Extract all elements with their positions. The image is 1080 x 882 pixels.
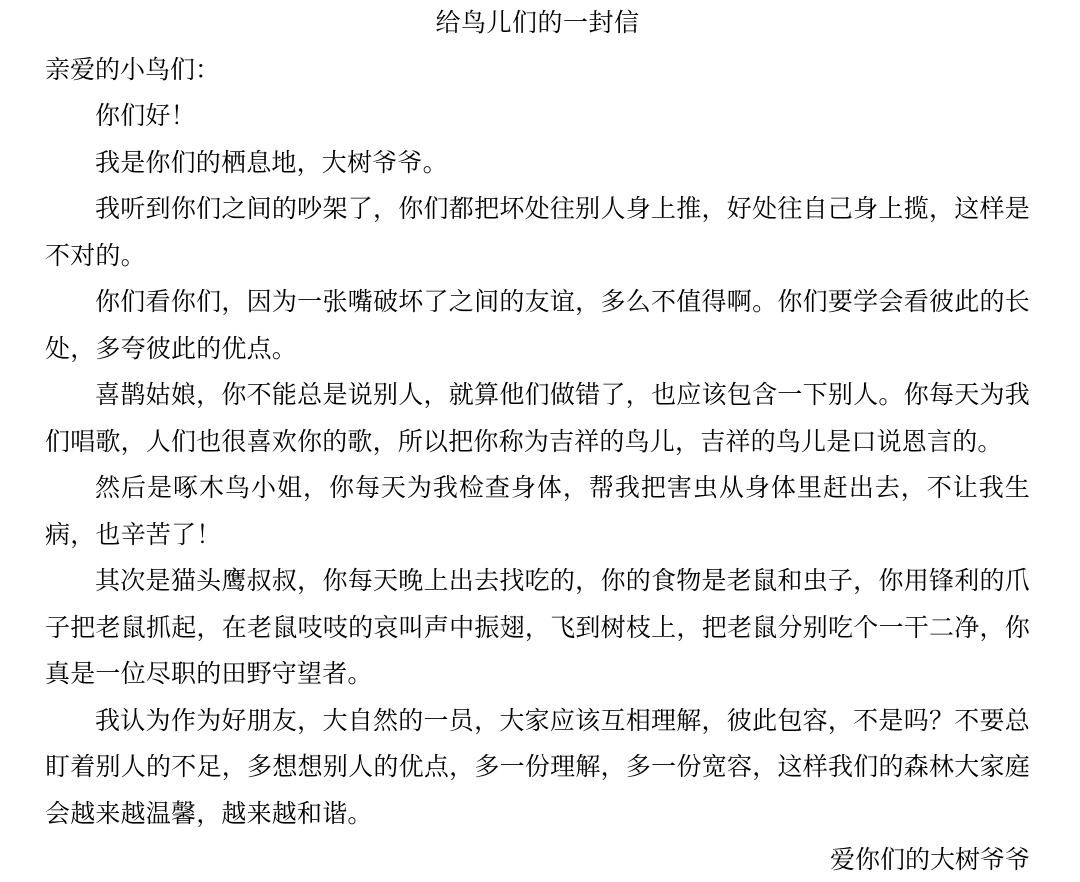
paragraph-magpie: 喜鹊姑娘，你不能总是说别人，就算他们做错了，也应该包含一下别人。你每天为我们唱歌… (45, 372, 1030, 465)
paragraph-greeting: 你们好！ (45, 93, 1030, 140)
paragraph-self-introduction: 我是你们的栖息地，大树爷爷。 (45, 140, 1030, 187)
signature: 爱你们的大树爷爷 (45, 837, 1030, 882)
paragraph-friendship: 你们看你们，因为一张嘴破坏了之间的友谊，多么不值得啊。你们要学会看彼此的长处，多… (45, 279, 1030, 372)
paragraph-owl: 其次是猫头鹰叔叔，你每天晚上出去找吃的，你的食物是老鼠和虫子，你用锋利的爪子把老… (45, 558, 1030, 698)
paragraph-conclusion: 我认为作为好朋友，大自然的一员，大家应该互相理解，彼此包容，不是吗？不要总盯着别… (45, 698, 1030, 838)
paragraph-woodpecker: 然后是啄木鸟小姐，你每天为我检查身体，帮我把害虫从身体里赶出去，不让我生病，也辛… (45, 465, 1030, 558)
paragraph-quarrel: 我听到你们之间的吵架了，你们都把坏处往别人身上推，好处往自己身上揽，这样是不对的… (45, 186, 1030, 279)
letter-document: 给鸟儿们的一封信 亲爱的小鸟们： 你们好！ 我是你们的栖息地，大树爷爷。 我听到… (0, 0, 1080, 882)
salutation: 亲爱的小鸟们： (45, 47, 1030, 94)
document-title: 给鸟儿们的一封信 (45, 0, 1030, 47)
